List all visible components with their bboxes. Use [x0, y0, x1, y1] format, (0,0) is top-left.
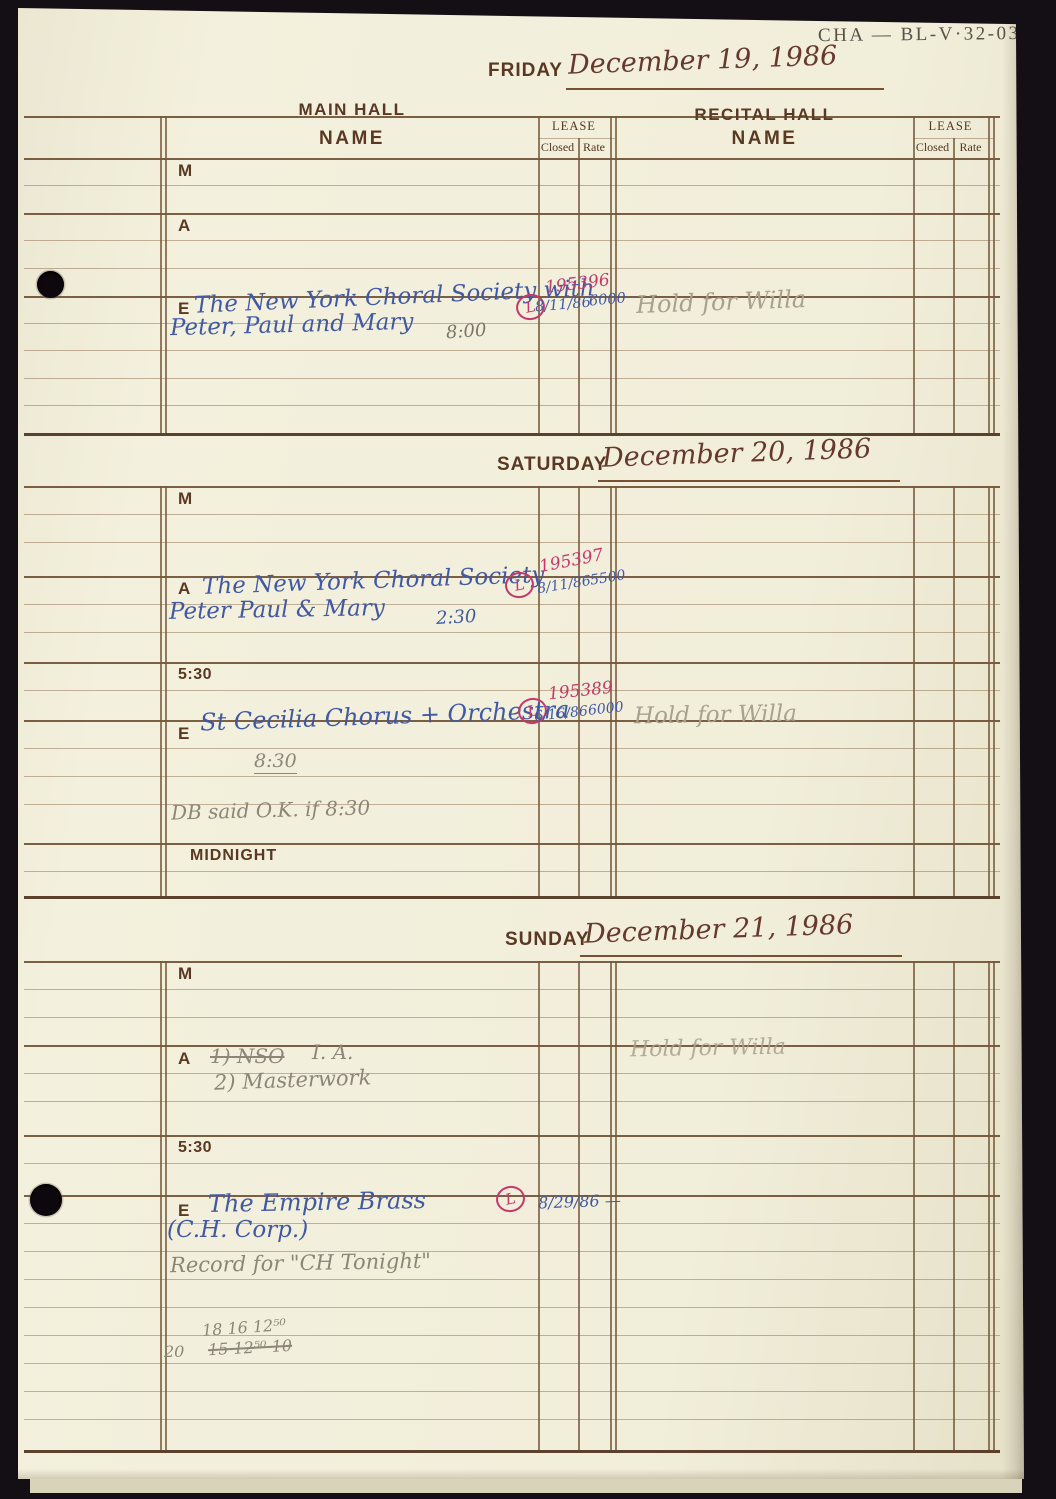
grid-line	[615, 486, 617, 896]
name-header-left: NAME	[166, 128, 538, 150]
rule-line	[24, 378, 1000, 379]
pencil-calc-struck: 15 12⁵⁰ 10	[208, 1336, 293, 1359]
rule-line	[24, 1017, 1000, 1018]
entry-line: (C.H. Corp.)	[167, 1217, 308, 1243]
lease-rate: 5500	[589, 567, 627, 588]
rule-line	[24, 843, 1000, 845]
grid-line	[610, 116, 612, 433]
rule-line	[24, 1045, 1000, 1047]
date-underline	[580, 955, 902, 957]
hall-title-recital: RECITAL HALL	[616, 105, 913, 125]
entry-line: The Empire Brass	[208, 1186, 426, 1218]
grid-line	[953, 486, 955, 896]
time-marker-e: E	[178, 724, 190, 744]
rule-line	[24, 1363, 1000, 1364]
entry-time: 2:30	[435, 606, 476, 629]
grid-line	[913, 961, 915, 1450]
grid-line	[913, 116, 915, 433]
lease-rate: 6000	[587, 699, 624, 719]
catalog-number: CHA — BL-V·32-035	[818, 23, 1033, 47]
date-saturday: December 20, 1986	[602, 433, 872, 473]
rule-line	[24, 158, 1000, 160]
rule-line	[24, 776, 1000, 777]
grid-line	[988, 486, 990, 896]
grid-line	[160, 486, 162, 896]
date-sunday: December 21, 1986	[584, 909, 854, 949]
time-marker-a: A	[178, 1049, 191, 1069]
lease-header-right: LEASE	[913, 119, 988, 134]
time-marker-m: M	[178, 489, 193, 509]
lease-closed-date: 8/29/86 —	[538, 1191, 621, 1213]
next-page-edge	[30, 1478, 1022, 1493]
rule-line	[24, 1101, 1000, 1102]
rate-header-left: Rate	[578, 140, 610, 155]
punch-hole	[37, 271, 64, 298]
grid-line	[988, 961, 990, 1450]
date-friday: December 19, 1986	[568, 40, 838, 80]
time-marker-530: 5:30	[178, 666, 212, 684]
rule-line	[24, 116, 1000, 118]
rule-line	[24, 1135, 1000, 1137]
ledger-page: CHA — BL-V·32-035 FRIDAY December 19, 19…	[18, 8, 1024, 1479]
closed-header-right: Closed	[912, 140, 953, 155]
entry-line: The New York Choral Society	[202, 562, 545, 600]
grid-line	[993, 486, 995, 896]
lease-stamp-icon: L	[494, 1183, 528, 1214]
entry-time-text: 8:30	[254, 750, 297, 774]
grid-line	[160, 116, 162, 433]
grid-line	[953, 961, 955, 1450]
rule-line	[24, 690, 1000, 691]
rule-line	[24, 1307, 1000, 1308]
grid-line	[913, 486, 915, 896]
rule-line	[24, 1251, 1000, 1252]
grid-line	[988, 116, 990, 433]
grid-line	[993, 961, 995, 1450]
entry-time: 8:00	[445, 320, 487, 344]
grid-line	[953, 138, 955, 433]
rule-line	[24, 1391, 1000, 1392]
time-marker-midnight: MIDNIGHT	[190, 847, 277, 865]
margin-note: Record for "CH Tonight"	[170, 1249, 431, 1278]
rule-line	[24, 542, 1000, 543]
rule-line	[24, 896, 1000, 899]
entry-line: Peter, Paul and Mary	[170, 309, 414, 341]
grid-line	[993, 116, 995, 433]
rule-line	[24, 1450, 1000, 1453]
rule-line	[24, 185, 1000, 186]
recital-note: Hold for Willa	[630, 1035, 786, 1063]
pencil-calc: 20	[164, 1342, 184, 1361]
rule-line	[538, 138, 615, 139]
margin-note: DB said O.K. if 8:30	[171, 795, 371, 824]
lease-closed-date: 8/11/86	[534, 295, 591, 316]
rule-line	[24, 961, 1000, 963]
date-underline	[598, 480, 900, 482]
entry-line: Peter Paul & Mary	[169, 595, 385, 625]
rule-line	[24, 514, 1000, 515]
page-right-edge-shading	[1002, 8, 1024, 1479]
rule-line	[24, 989, 1000, 990]
entry-time: 8:30	[254, 750, 297, 772]
day-label-friday: FRIDAY	[488, 60, 563, 82]
grid-line	[615, 116, 617, 433]
rule-line	[24, 1073, 1000, 1074]
rule-line	[24, 1335, 1000, 1336]
rule-line	[24, 662, 1000, 664]
lease-header-left: LEASE	[538, 119, 610, 134]
day-label-saturday: SATURDAY	[497, 454, 607, 476]
entry-item: 2) Masterwork	[214, 1065, 372, 1094]
time-marker-a: A	[178, 216, 191, 236]
day-label-sunday: SUNDAY	[505, 929, 590, 951]
rule-line	[24, 632, 1000, 633]
time-marker-m: M	[178, 161, 193, 181]
grid-line	[538, 486, 540, 896]
entry-line: St Cecilia Chorus + Orchestra	[200, 696, 570, 737]
rule-line	[24, 268, 1000, 269]
rule-line	[24, 1279, 1000, 1280]
entry-item: I. A.	[312, 1040, 353, 1064]
rule-line	[24, 1163, 1000, 1164]
page-bottom-edge-shading	[18, 1469, 1024, 1479]
rule-line	[24, 405, 1000, 406]
recital-note: Hold for Willa	[636, 285, 807, 319]
rule-line	[24, 240, 1000, 241]
rule-line	[24, 871, 1000, 872]
entry-item-struck: 1) NSO	[210, 1044, 284, 1068]
grid-line	[165, 961, 167, 1450]
rule-line	[24, 213, 1000, 215]
rate-header-right: Rate	[953, 140, 988, 155]
grid-line	[165, 486, 167, 896]
scan-background: CHA — BL-V·32-035 FRIDAY December 19, 19…	[0, 0, 1056, 1499]
time-marker-a: A	[178, 579, 191, 599]
lease-rate: 6000	[588, 290, 626, 309]
grid-line	[160, 961, 162, 1450]
time-marker-530: 5:30	[178, 1139, 212, 1157]
grid-line	[538, 116, 540, 433]
name-header-right: NAME	[616, 128, 913, 150]
punch-hole	[30, 1184, 62, 1216]
date-underline	[566, 88, 884, 90]
time-marker-m: M	[178, 964, 193, 984]
rule-line	[24, 350, 1000, 351]
rule-line	[24, 748, 1000, 749]
grid-line	[165, 116, 167, 433]
rule-line	[24, 486, 1000, 488]
rule-line	[24, 1419, 1000, 1420]
recital-note: Hold for Willa	[634, 701, 797, 730]
closed-header-left: Closed	[537, 140, 578, 155]
